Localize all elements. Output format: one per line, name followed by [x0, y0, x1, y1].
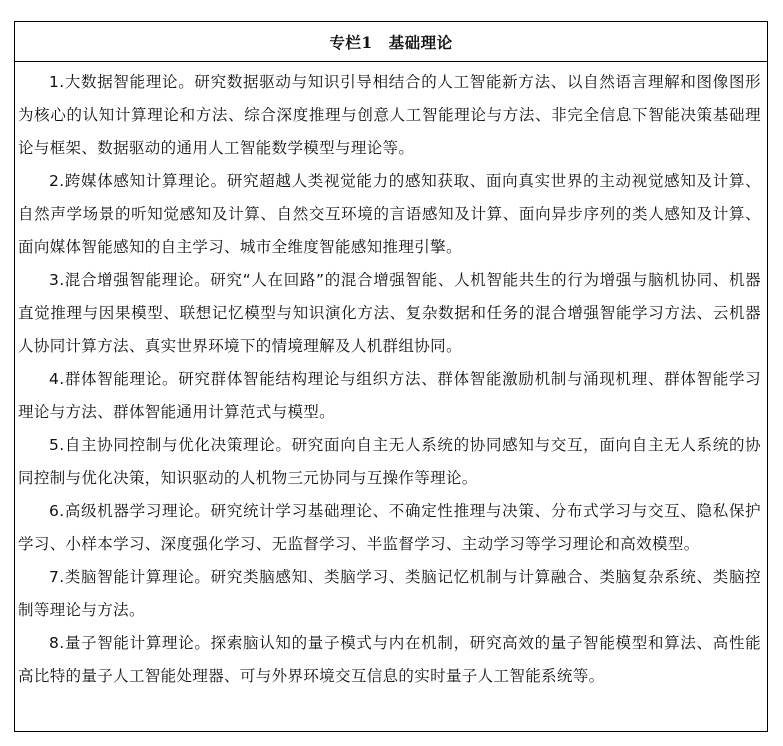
box-header: 专栏1 基础理论 — [15, 22, 767, 62]
paragraph-autonomous-collaborative-control: 5.自主协同控制与优化决策理论。研究面向自主无人系统的协同感知与交互，面向自主无… — [18, 429, 761, 495]
column-box: 专栏1 基础理论 1.大数据智能理论。研究数据驱动与知识引导相结合的人工智能新方… — [14, 21, 768, 732]
paragraph-swarm-intelligence: 4.群体智能理论。研究群体智能结构理论与组织方法、群体智能激励机制与涌现机理、群… — [18, 363, 761, 429]
paragraph-quantum-intelligence: 8.量子智能计算理论。探索脑认知的量子模式与内在机制，研究高效的量子智能模型和算… — [18, 627, 761, 693]
paragraph-brain-inspired-computing: 7.类脑智能计算理论。研究类脑感知、类脑学习、类脑记忆机制与计算融合、类脑复杂系… — [18, 561, 761, 627]
paragraph-cross-media-perception: 2.跨媒体感知计算理论。研究超越人类视觉能力的感知获取、面向真实世界的主动视觉感… — [18, 165, 761, 264]
paragraph-advanced-machine-learning: 6.高级机器学习理论。研究统计学习基础理论、不确定性推理与决策、分布式学习与交互… — [18, 495, 761, 561]
paragraph-hybrid-augmented-intelligence: 3.混合增强智能理论。研究“人在回路”的混合增强智能、人机智能共生的行为增强与脑… — [18, 264, 761, 363]
paragraph-big-data-intelligence: 1.大数据智能理论。研究数据驱动与知识引导相结合的人工智能新方法、以自然语言理解… — [18, 66, 761, 165]
box-content: 1.大数据智能理论。研究数据驱动与知识引导相结合的人工智能新方法、以自然语言理解… — [15, 62, 767, 693]
box-title: 专栏1 基础理论 — [329, 31, 452, 53]
